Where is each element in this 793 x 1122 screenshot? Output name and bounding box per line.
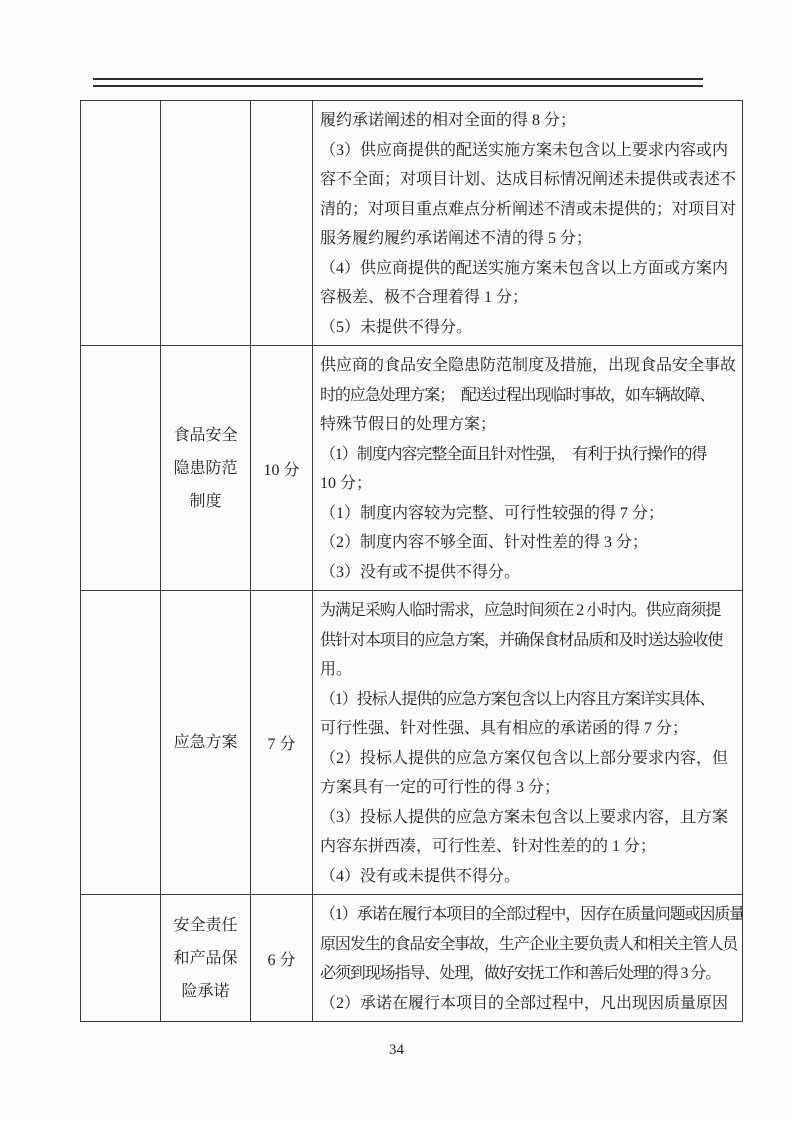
category-line: 应急方案 [162,726,249,759]
description-line: 必须到现场指导、处理，做好安抚工作和善后处理的得 3 分。 [320,959,736,989]
table-row: 履约承诺阐述的相对全面的得 8 分；（3）供应商提供的配送实施方案未包含以上要求… [81,101,743,346]
category-cell: 安全责任和产品保险承诺 [161,895,251,1022]
description-line: 原因发生的食品安全事故，生产企业主要负责人和相关主管人员 [320,930,736,960]
category-line: 食品安全 [162,419,249,452]
group-cell [81,346,161,591]
document-page: 履约承诺阐述的相对全面的得 8 分；（3）供应商提供的配送实施方案未包含以上要求… [0,0,793,1122]
description-cell: （1）承诺在履行本项目的全部过程中，因存在质量问题或因质量原因发生的食品安全事故… [313,895,743,1022]
description-line: 履约承诺阐述的相对全面的得 8 分； [320,106,736,136]
description-line: 清的；对项目重点难点分析阐述不清或未提供的；对项目对 [320,195,736,225]
description-line: 为满足采购人临时需求，应急时间须在 2 小时内。供应商须提 [320,596,736,626]
description-line: （1）投标人提供的应急方案包含以上内容且方案详实具体、 [320,685,736,715]
evaluation-table-body: 履约承诺阐述的相对全面的得 8 分；（3）供应商提供的配送实施方案未包含以上要求… [81,101,743,1022]
table-row: 应急方案7 分为满足采购人临时需求，应急时间须在 2 小时内。供应商须提供针对本… [81,591,743,895]
description-line: （3）投标人提供的应急方案未包含以上要求内容，且方案 [320,803,736,833]
description-line: （2）承诺在履行本项目的全部过程中，凡出现因质量原因 [320,989,736,1019]
category-line: 安全责任 [162,909,249,942]
table-row: 安全责任和产品保险承诺6 分（1）承诺在履行本项目的全部过程中，因存在质量问题或… [81,895,743,1022]
category-cell [161,101,251,346]
description-line: （2）投标人提供的应急方案仅包含以上部分要求内容，但 [320,744,736,774]
description-line: 时的应急处理方案； 配送过程出现临时事故，如车辆故障、 [320,381,736,411]
evaluation-table-wrap: 履约承诺阐述的相对全面的得 8 分；（3）供应商提供的配送实施方案未包含以上要求… [80,100,742,1022]
page-number: 34 [0,1042,793,1059]
score-cell: 6 分 [251,895,313,1022]
description-line: （3）没有或不提供不得分。 [320,558,736,588]
description-line: （4）供应商提供的配送实施方案未包含以上方面或方案内 [320,254,736,284]
description-line: 内容东拼西凑，可行性差、针对性差的的 1 分； [320,832,736,862]
description-cell: 履约承诺阐述的相对全面的得 8 分；（3）供应商提供的配送实施方案未包含以上要求… [313,101,743,346]
score-cell: 10 分 [251,346,313,591]
description-cell: 为满足采购人临时需求，应急时间须在 2 小时内。供应商须提供针对本项目的应急方案… [313,591,743,895]
description-line: （1）承诺在履行本项目的全部过程中，因存在质量问题或因质量 [320,900,736,930]
category-line: 险承诺 [162,975,249,1008]
description-line: 特殊节假日的处理方案； [320,410,736,440]
description-line: 用。 [320,655,736,685]
group-cell [81,895,161,1022]
description-line: 容不全面；对项目计划、达成目标情况阐述未提供或表述不 [320,165,736,195]
category-line: 隐患防范 [162,452,249,485]
description-line: （3）供应商提供的配送实施方案未包含以上要求内容或内 [320,136,736,166]
description-line: （1）制度内容完整全面且针对性强， 有利于执行操作的得 [320,440,736,470]
description-line: 供应商的食品安全隐患防范制度及措施，出现食品安全事故 [320,351,736,381]
description-line: （2）制度内容不够全面、针对性差的得 3 分； [320,528,736,558]
category-line: 和产品保 [162,942,249,975]
description-line: （1）制度内容较为完整、可行性较强的得 7 分； [320,499,736,529]
table-row: 食品安全隐患防范制度10 分供应商的食品安全隐患防范制度及措施，出现食品安全事故… [81,346,743,591]
category-cell: 食品安全隐患防范制度 [161,346,251,591]
description-line: 10 分； [320,469,736,499]
description-line: （5）未提供不得分。 [320,313,736,343]
group-cell [81,101,161,346]
score-cell: 7 分 [251,591,313,895]
score-cell [251,101,313,346]
group-cell [81,591,161,895]
category-line: 制度 [162,485,249,518]
description-line: 服务履约履约承诺阐述不清的得 5 分； [320,224,736,254]
description-line: （4）没有或未提供不得分。 [320,862,736,892]
evaluation-table: 履约承诺阐述的相对全面的得 8 分；（3）供应商提供的配送实施方案未包含以上要求… [80,100,743,1022]
description-line: 可行性强、针对性强、具有相应的承诺函的得 7 分； [320,714,736,744]
description-line: 供针对本项目的应急方案，并确保食材品质和及时送达验收使 [320,626,736,656]
header-rule [93,78,703,87]
description-cell: 供应商的食品安全隐患防范制度及措施，出现食品安全事故时的应急处理方案； 配送过程… [313,346,743,591]
description-line: 容极差、极不合理着得 1 分； [320,283,736,313]
category-cell: 应急方案 [161,591,251,895]
description-line: 方案具有一定的可行性的得 3 分； [320,773,736,803]
